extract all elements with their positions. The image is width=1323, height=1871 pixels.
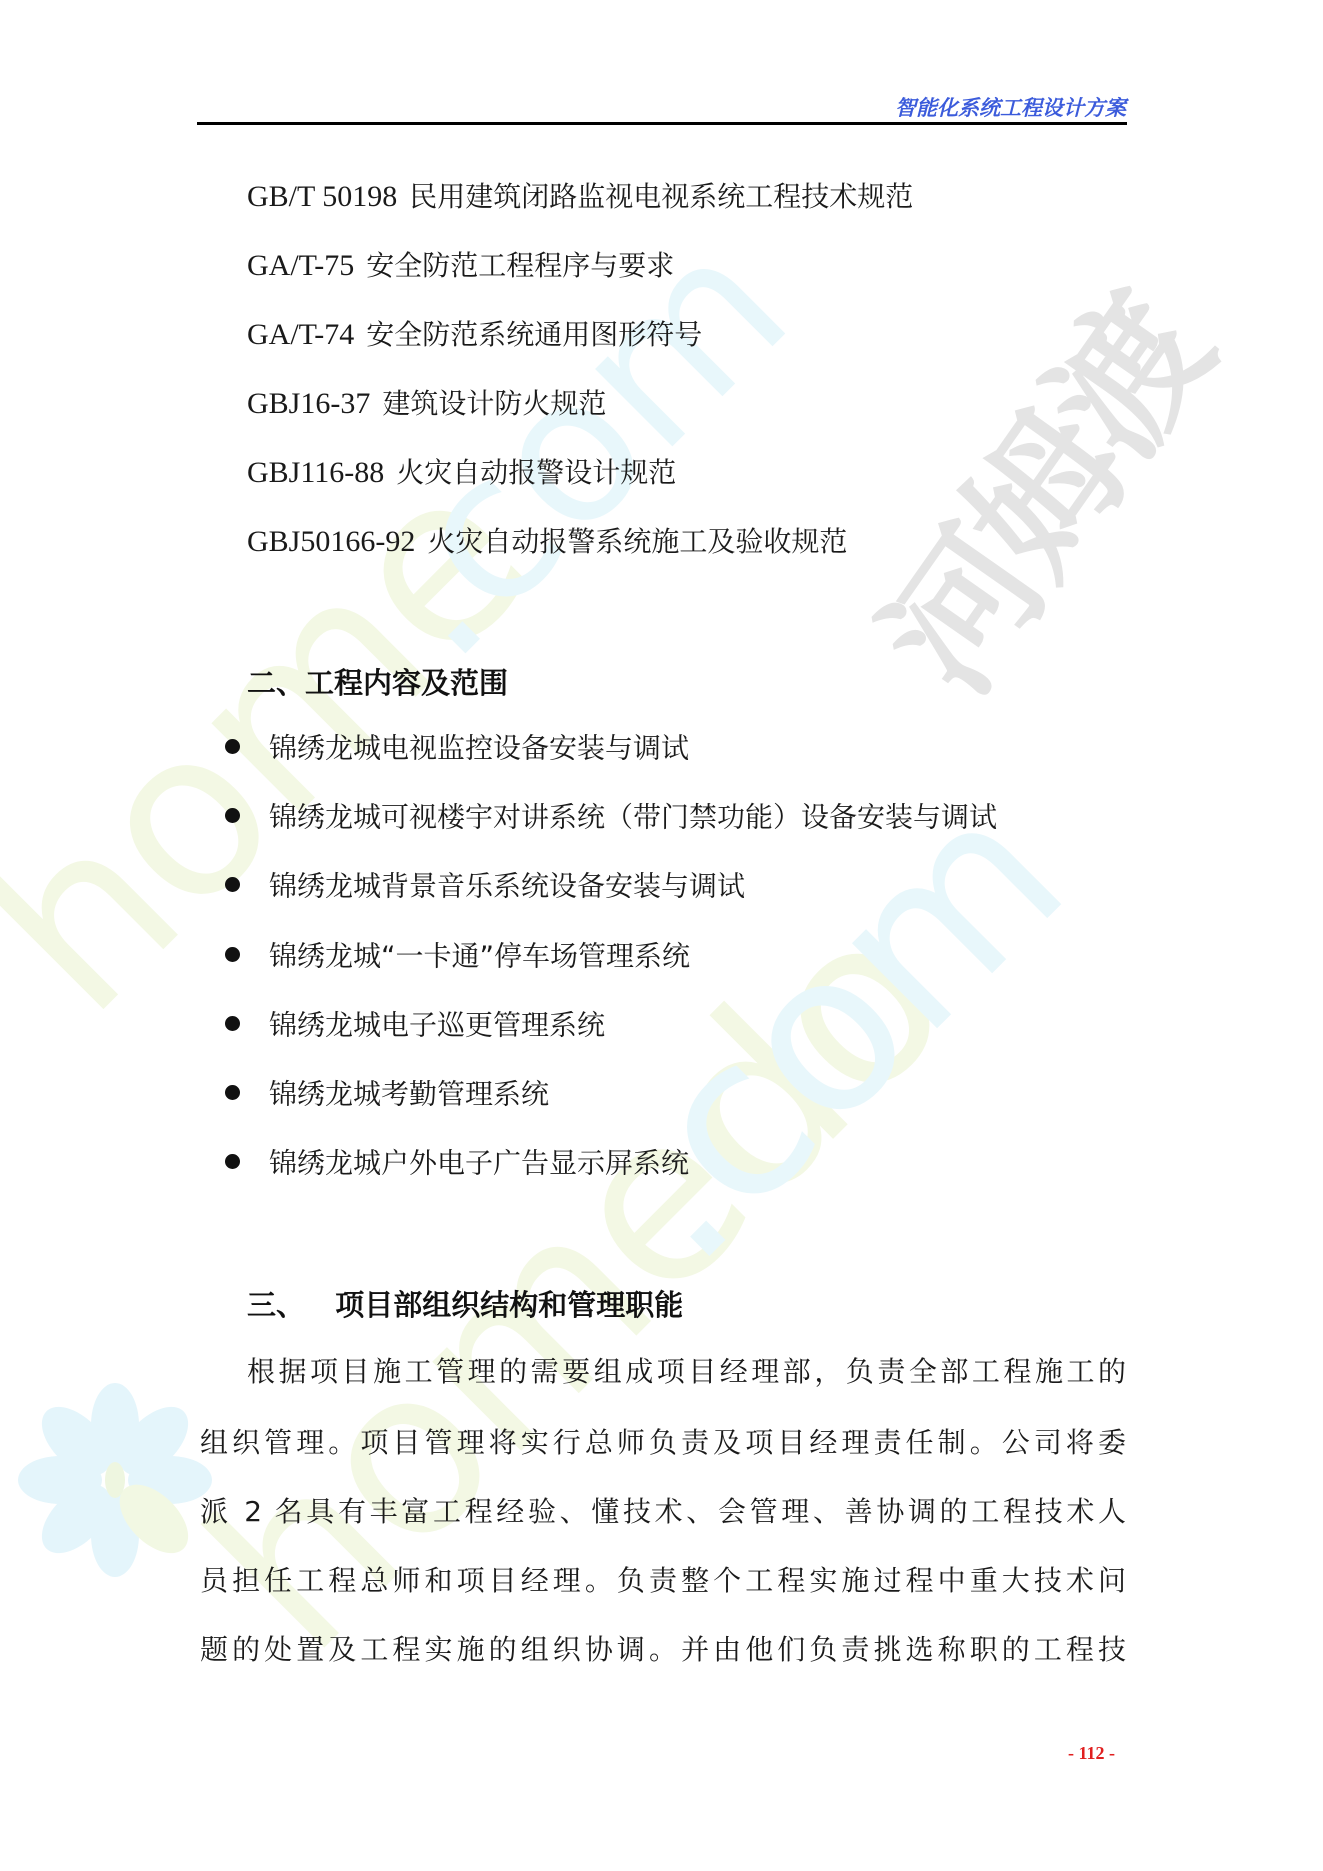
page-number: - 112 -: [1068, 1743, 1115, 1764]
header-divider: [197, 122, 1127, 125]
standard-code: GBJ16-37: [247, 387, 370, 420]
header-title: 智能化系统工程设计方案: [895, 92, 1126, 122]
standard-name: 安全防范工程程序与要求: [366, 249, 674, 282]
standard-code: GBJ116-88: [247, 456, 384, 489]
list-item: 锦绣龙城电子巡更管理系统: [225, 1005, 605, 1045]
flower-logo-icon: [15, 1380, 215, 1580]
list-item: 锦绣龙城“一卡通”停车场管理系统: [225, 936, 690, 976]
standard-code: GA/T-75: [247, 249, 354, 282]
standard-item: GA/T-74安全防范系统通用图形符号: [247, 315, 702, 355]
list-item: 锦绣龙城户外电子广告显示屏系统: [225, 1143, 689, 1183]
bullet-icon: [225, 1154, 240, 1169]
list-item: 锦绣龙城可视楼宇对讲系统（带门禁功能）设备安装与调试: [225, 797, 997, 837]
standard-item: GB/T 50198民用建筑闭路监视电视系统工程技术规范: [247, 177, 913, 217]
section-heading-scope: 二、工程内容及范围: [247, 661, 508, 702]
bullet-icon: [225, 1016, 240, 1031]
bullet-icon: [225, 1085, 240, 1100]
paragraph-line: 组织管理。项目管理将实行总师负责及项目经理责任制。公司将委: [200, 1423, 1126, 1463]
standard-name: 安全防范系统通用图形符号: [366, 318, 702, 351]
bullet-icon: [225, 808, 240, 823]
paragraph-line: 派 2 名具有丰富工程经验、懂技术、会管理、善协调的工程技术人: [200, 1492, 1126, 1532]
paragraph-line: 员担任工程总师和项目经理。负责整个工程实施过程中重大技术问: [200, 1561, 1126, 1601]
standard-item: GBJ116-88火灾自动报警设计规范: [247, 453, 676, 493]
paragraph-line: 根据项目施工管理的需要组成项目经理部，负责全部工程施工的: [247, 1352, 1126, 1392]
bullet-icon: [225, 947, 240, 962]
section-heading-organization: 三、 项目部组织结构和管理职能: [247, 1283, 683, 1324]
standard-item: GA/T-75安全防范工程程序与要求: [247, 246, 674, 286]
standard-name: 民用建筑闭路监视电视系统工程技术规范: [409, 180, 913, 213]
list-item: 锦绣龙城背景音乐系统设备安装与调试: [225, 866, 745, 906]
standard-name: 火灾自动报警设计规范: [396, 456, 676, 489]
paragraph-line: 题的处置及工程实施的组织协调。并由他们负责挑选称职的工程技: [200, 1630, 1126, 1670]
bullet-icon: [225, 877, 240, 892]
standard-item: GBJ16-37建筑设计防火规范: [247, 384, 606, 424]
standard-code: GB/T 50198: [247, 180, 397, 213]
standard-name: 火灾自动报警系统施工及验收规范: [427, 525, 847, 558]
list-item: 锦绣龙城考勤管理系统: [225, 1074, 549, 1114]
standard-name: 建筑设计防火规范: [382, 387, 606, 420]
bullet-icon: [225, 739, 240, 754]
watermark-hemudu: 河姆渡: [824, 249, 1249, 727]
list-item: 锦绣龙城电视监控设备安装与调试: [225, 728, 689, 768]
standard-code: GBJ50166-92: [247, 525, 415, 558]
standard-code: GA/T-74: [247, 318, 354, 351]
standard-item: GBJ50166-92火灾自动报警系统施工及验收规范: [247, 522, 847, 562]
